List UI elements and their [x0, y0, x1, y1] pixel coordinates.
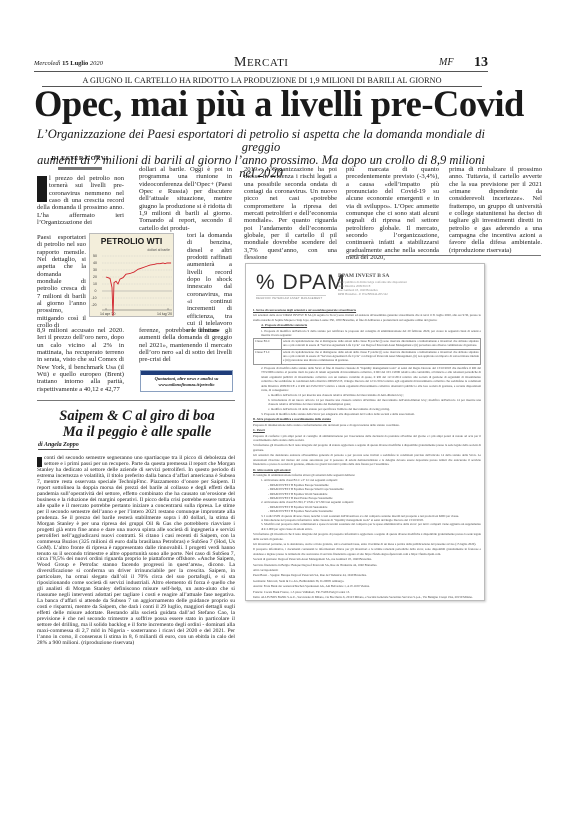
table-cell-label: Classe F LC [254, 350, 282, 365]
ad-list-item: 5. Modifica nel prospetto delle commissi… [253, 522, 481, 531]
ad-paragraph: Il prospetto informativo, i documenti co… [253, 547, 481, 556]
date-year: 2020 [90, 60, 103, 67]
ad-contact: Servizio finanziario in Belgio: Banque D… [253, 563, 481, 567]
ad-list-item: 3. Proposta di modifica dello statuto de… [253, 412, 481, 416]
article-column-5: prima di rimbalzare il prossimo anno. Tu… [449, 166, 542, 254]
section-rest: ERCATI [247, 57, 289, 69]
dpam-logo: % DPAM [256, 271, 346, 295]
brand-logo: MF [439, 57, 453, 68]
ad-subheading: A. Proposte di modifiche statutarie [253, 323, 481, 327]
svg-text:20: 20 [93, 275, 97, 279]
dropcap-icon [37, 457, 42, 467]
ad-paragraph: Proposta di conferire i più ampi poteri … [253, 434, 481, 443]
ad-contact: Germania: Marcard, Stein & Co AG, Ballin… [253, 579, 481, 583]
ad-section-heading: I. Avviso di convocazione degli azionist… [253, 308, 481, 312]
ad-company-name: DPAM INVEST B SA [338, 273, 389, 279]
svg-text:0: 0 [95, 289, 97, 293]
ad-contact: Lussemburgo: Banque Degroof Petercam Lux… [253, 600, 481, 601]
ad-paragraph: Il consiglio di amministrazione informa … [253, 473, 481, 477]
share-class-table: Classe B LC azioni di capitalizzazione c… [253, 338, 481, 365]
saipem-body-text: conti del secondo semestre segneranno un… [37, 455, 235, 646]
ad-subheading: C. Poteri [253, 428, 481, 432]
article-column-4: più marcata di quanto precedentemente pr… [346, 166, 439, 261]
section-divider [37, 400, 235, 401]
table-cell-text: azioni di capitalizzazione che si distin… [282, 350, 481, 365]
article-column-1-narrow: Paesi esportatori di petrolio nel suo ra… [37, 234, 86, 329]
issue-date: Mercoledì 15 Luglio 2020 [34, 60, 103, 67]
ad-paragraph: Gli azionisti che desiderano assistere a… [253, 453, 481, 466]
svg-text:50: 50 [93, 254, 97, 258]
address-line: RPM Bruxelles - P. IVA BE0444.265.542 [338, 292, 478, 296]
ad-section-heading: II. Altre notizie agli azionisti [253, 468, 481, 472]
ad-contact: Francia: Caceis Bank France, 1-3 place V… [253, 590, 481, 594]
article-column-2-top: dollari al barile. Oggi è poi in program… [139, 166, 232, 232]
article-end-divider [349, 255, 541, 256]
ad-company-address: Sicav pubblica di diritto belga conforme… [338, 280, 478, 296]
ad-paragraph: Proposta di rinumerazione dello statuto … [253, 423, 481, 427]
page-number: 13 [474, 55, 488, 71]
ad-subheading: B. Altre proposte di modifica e coordina… [253, 417, 481, 421]
byline-divider [58, 167, 102, 170]
table-row: Classe F LC azioni di capitalizzazione c… [254, 350, 481, 365]
ad-contact: Italia: ALLFUNDS BANK S.A.U., Succursale… [253, 595, 481, 599]
section-initial: M [234, 55, 247, 70]
ad-paragraph: Gli investitori potranno, se lo desidera… [253, 542, 481, 546]
article-column-3: 2019». L’Organizzazione ha poi messo in … [244, 166, 337, 261]
chart-plot: 50 40 30 20 10 0 -10 -20 14 apr '20 14 l… [90, 234, 175, 318]
dropcap-icon [37, 176, 47, 202]
article-column-2-bottom: ferenze, potrebbero limitare gli aumenti… [139, 327, 232, 364]
article-column-1-bottom: 8,9 milioni accusato nel 2020. Ieri il p… [37, 327, 124, 393]
subhead-line-1: L’Organizzazione dei Paesi esportatori d… [36, 128, 486, 154]
ad-contact: Austria: Erste Bank der oesterreichische… [253, 584, 481, 588]
svg-text:-10: -10 [92, 296, 97, 300]
ad-contact: Paesi Bassi – Spagna: Banque Degroof Pet… [253, 573, 481, 577]
article-headline: Opec, mai più a livelli pre-Covid [34, 86, 488, 122]
ad-contact: Società di gestione: Degroof Petercam As… [253, 557, 481, 561]
dpam-advertisement: % DPAM DEGROOF PETERCAM ASSET MANAGEMENT… [245, 263, 485, 601]
ad-body: I. Avviso di convocazione degli azionist… [253, 308, 481, 601]
ad-list-item: 2. Proposta di modifica dello statuto de… [253, 366, 481, 392]
article-column-2-narrow: tori la domanda di benzina, diesel e alt… [187, 232, 232, 335]
page-masthead: Mercoledì 15 Luglio 2020 MERCATI MF 13 [34, 55, 488, 72]
weekday: Mercoledì [34, 60, 60, 67]
ad-sub-item: b. introduzione di un nuovo articolo 14 … [253, 398, 481, 407]
table-row: Classe B LC azioni di capitalizzazione c… [254, 339, 481, 350]
saipem-headline-line-2: Ma il peggio è alle spalle [37, 424, 237, 440]
saipem-byline: di Angela Zoppo [38, 442, 79, 450]
promo-box: Quotazioni, altre news e analisi su www.… [140, 370, 233, 392]
saipem-headline: Saipem & C al giro di boa Ma il peggio è… [37, 408, 237, 440]
svg-text:40: 40 [93, 261, 97, 265]
svg-text:30: 30 [93, 268, 97, 272]
ad-paragraph: Si informano gli investitori che il test… [253, 532, 481, 541]
dpam-logo-tagline: DEGROOF PETERCAM ASSET MANAGEMENT [256, 295, 326, 300]
ad-sub-item: c. modifica dell'articolo 16 dello statu… [253, 407, 481, 411]
ad-paragraph: Si informano gli investitori che il test… [253, 443, 481, 452]
ad-paragraph: Gli azionisti della sicav DPAM INVEST B … [253, 313, 481, 322]
svg-text:-20: -20 [92, 303, 97, 307]
section-title: MERCATI [234, 55, 288, 71]
saipem-headline-line-1: Saipem & C al giro di boa [37, 408, 237, 424]
wti-price-chart: PETROLIO WTI dollari al barile 50 40 30 … [89, 233, 174, 317]
promo-text: Quotazioni, altre news e analisi su www.… [141, 375, 232, 388]
date-day-month: 15 Luglio [62, 60, 88, 67]
saipem-body: conti del secondo semestre segneranno un… [37, 456, 235, 647]
ad-list-item: 1. Proposta di modifica dell'articolo 9 … [253, 329, 481, 338]
ad-contact: Altri corrispondenti: [253, 568, 481, 572]
table-cell-label: Classe B LC [254, 339, 282, 350]
article-byline: DI ESTER CORVI [40, 155, 120, 162]
column-1-top-text: l prezzo del petrolio non tornerà sui li… [37, 175, 124, 226]
table-cell-text: azioni di capitalizzazione che si distin… [282, 339, 481, 350]
article-column-1-top: l prezzo del petrolio non tornerà sui li… [37, 175, 124, 226]
svg-text:10: 10 [93, 282, 97, 286]
svg-text:14 lug '20: 14 lug '20 [157, 312, 172, 316]
promo-link[interactable]: www.milanofinanza.it/petrolio [141, 382, 232, 388]
